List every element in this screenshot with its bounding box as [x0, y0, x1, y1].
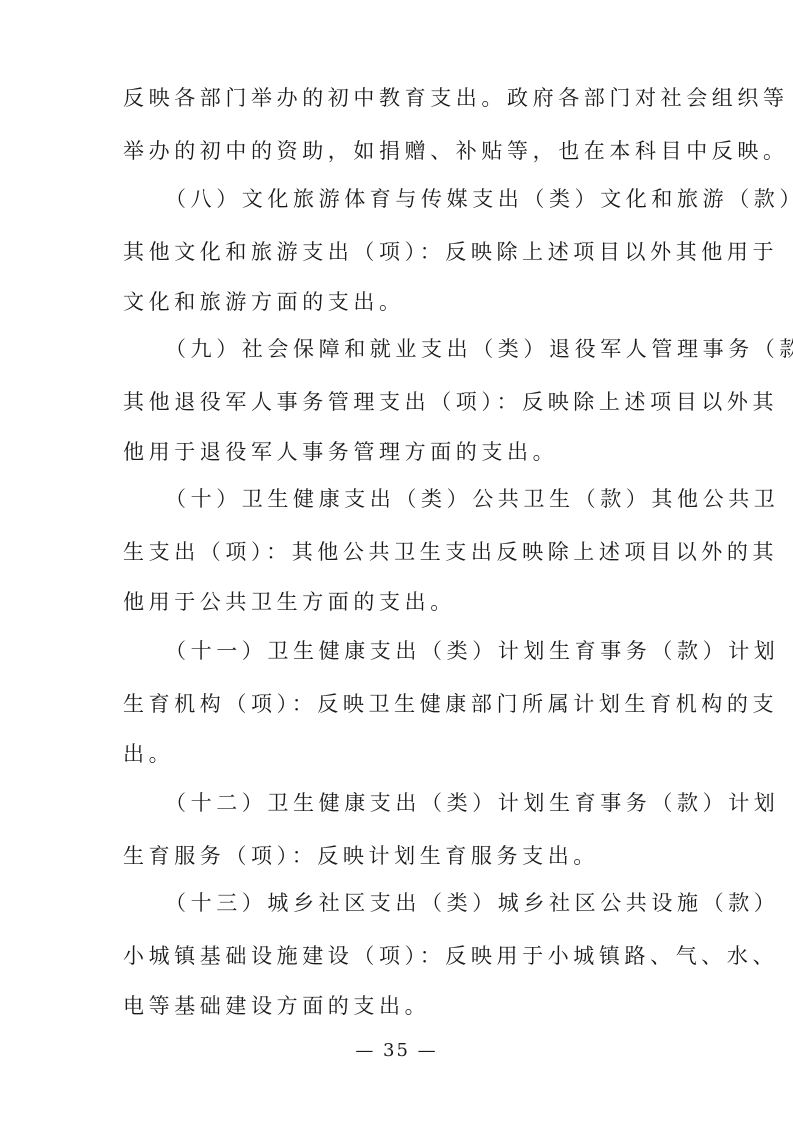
text-line: （九）社会保障和就业支出（类）退役军人管理事务（款）: [165, 335, 725, 363]
page-number: — 35 —: [0, 1040, 793, 1061]
text-line: 其他退役军人事务管理支出（项）：反映除上述项目以外其: [123, 388, 683, 416]
text-line: 反映各部门举办的初中教育支出。政府各部门对社会组织等: [123, 84, 683, 112]
document-page: 反映各部门举办的初中教育支出。政府各部门对社会组织等举办的初中的资助，如捐赠、补…: [0, 0, 793, 1122]
text-line: 出。: [123, 740, 683, 768]
text-line: 他用于公共卫生方面的支出。: [123, 588, 683, 616]
text-line: 文化和旅游方面的支出。: [123, 288, 683, 316]
text-line: （十）卫生健康支出（类）公共卫生（款）其他公共卫: [165, 485, 725, 513]
text-line: 小城镇基础设施建设（项）：反映用于小城镇路、气、水、: [123, 942, 683, 970]
text-line: 生育机构（项）：反映卫生健康部门所属计划生育机构的支: [123, 690, 683, 718]
text-line: 生育服务（项）：反映计划生育服务支出。: [123, 842, 683, 870]
text-line: （十二）卫生健康支出（类）计划生育事务（款）计划: [165, 789, 725, 817]
text-line: 其他文化和旅游支出（项）：反映除上述项目以外其他用于: [123, 238, 683, 266]
text-line: 举办的初中的资助，如捐赠、补贴等，也在本科目中反映。: [123, 137, 683, 165]
text-line: （八）文化旅游体育与传媒支出（类）文化和旅游（款）: [165, 185, 725, 213]
text-line: 他用于退役军人事务管理方面的支出。: [123, 438, 683, 466]
text-line: （十三）城乡社区支出（类）城乡社区公共设施（款）: [165, 889, 725, 917]
text-line: （十一）卫生健康支出（类）计划生育事务（款）计划: [165, 637, 725, 665]
text-line: 生支出（项）：其他公共卫生支出反映除上述项目以外的其: [123, 538, 683, 566]
text-line: 电等基础建设方面的支出。: [123, 992, 683, 1020]
